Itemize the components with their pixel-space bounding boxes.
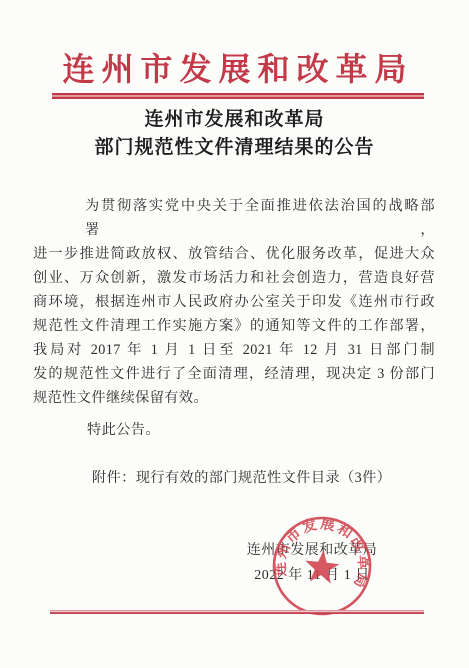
document-title-line-1: 连州市发展和改革局 [0, 106, 469, 134]
document-title: 连州市发展和改革局 部门规范性文件清理结果的公告 [0, 106, 469, 162]
body-line: 规范性文件继续保留有效。 [33, 386, 435, 410]
document-title-line-2: 部门规范性文件清理结果的公告 [0, 134, 469, 162]
attachment-line: 附件：现行有效的部门规范性文件目录（3件） [33, 466, 435, 490]
signature-date: 2022 年 11 月 1 日 [230, 563, 394, 588]
letterhead-rule [52, 93, 424, 99]
body-line: 进一步推进简政放权、放管结合、优化服务改革，促进大众 [33, 242, 435, 266]
footer-rule [50, 610, 424, 614]
body-line: 商环境，根据连州市人民政府办公室关于印发《连州市行政 [33, 290, 435, 314]
body-line: 我局对 2017 年 1 月 1 日至 2021 年 12 月 31 日部门制 [33, 338, 435, 362]
signature-agency: 连州市发展和改革局 [230, 538, 394, 563]
body-line: 发的规范性文件进行了全面清理，经清理，现决定 3 份部门 [33, 362, 435, 386]
document-body: 为贯彻落实党中央关于全面推进依法治国的战略部署， 进一步推进简政放权、放管结合、… [33, 194, 435, 490]
body-line: 创业、万众创新，激发市场活力和社会创造力，营造良好营 [33, 266, 435, 290]
signature-block: 连州市发展和改革局 2022 年 11 月 1 日 [230, 538, 394, 588]
closing-line: 特此公告。 [33, 418, 435, 442]
body-line: 规范性文件清理工作实施方案》的通知等文件的工作部署， [33, 314, 435, 338]
document-page: 连州市发展和改革局 连州市发展和改革局 部门规范性文件清理结果的公告 为贯彻落实… [0, 0, 469, 668]
body-line: 为贯彻落实党中央关于全面推进依法治国的战略部署， [33, 194, 435, 242]
letterhead-agency-name: 连州市发展和改革局 [0, 44, 469, 90]
